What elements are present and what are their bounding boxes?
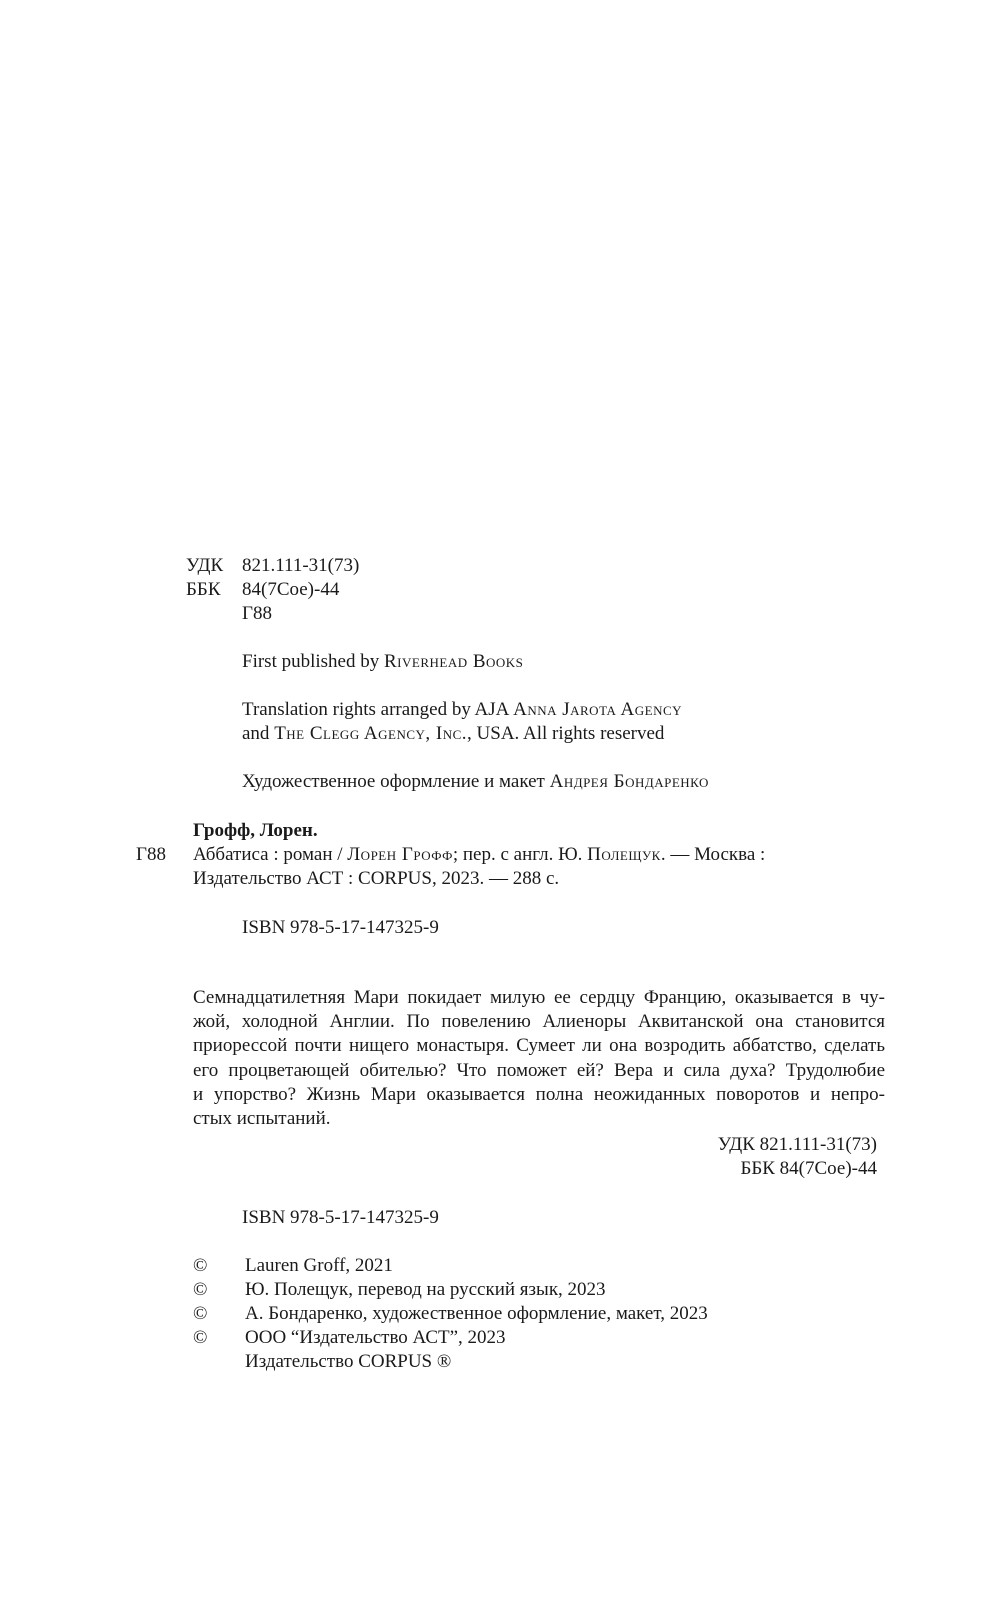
isbn-footer: ISBN 978-5-17-147325-9 <box>242 1206 439 1230</box>
annotation-line: Семнадцатилетняя Мари покидает милую ее … <box>193 986 885 1010</box>
first-published-prefix: First published by <box>242 651 384 672</box>
translation-prefix: Translation rights arranged by AJA <box>242 699 513 720</box>
copyright-text: Lauren Groff, 2021 <box>245 1255 393 1276</box>
design-credit-line: Художественное оформление и макет Андрея… <box>242 770 709 794</box>
isbn-entry: ISBN 978-5-17-147325-9 <box>242 916 439 940</box>
annotation-bbk: ББК 84(7Сое)-44 <box>718 1157 877 1181</box>
author-mark-entry: Г88 <box>136 843 166 867</box>
copyright-text: Издательство CORPUS ® <box>245 1351 451 1372</box>
rights-reserved: , USA. All rights reserved <box>467 723 664 744</box>
book-title: Аббатиса : роман / <box>193 844 347 865</box>
author-heading: Грофф, Лорен. <box>193 819 318 843</box>
udk-line: УДК821.111-31(73) <box>186 554 359 578</box>
copyright-row: ©А. Бондаренко, художественное оформлени… <box>193 1302 708 1326</box>
author-mark-top: Г88 <box>242 602 272 626</box>
annotation-line: его процветающей обителью? Что поможет е… <box>193 1059 885 1083</box>
translation-rights-line-2: and The Clegg Agency, Inc., USA. All rig… <box>242 722 664 746</box>
author-name: Лорен Грофф <box>347 844 453 865</box>
annotation-line: стых испытаний. <box>193 1107 885 1131</box>
annotation-line: и упорство? Жизнь Мари оказывается полна… <box>193 1083 885 1107</box>
designer-name: Андрея Бондаренко <box>550 771 709 792</box>
copyright-symbol: © <box>193 1278 245 1302</box>
copyright-page: УДК821.111-31(73) ББК84(7Сое)-44 Г88 Fir… <box>0 0 1000 1616</box>
agency-name-1: Anna Jarota Agency <box>513 699 682 720</box>
copyright-row: ©Lauren Groff, 2021 <box>193 1254 393 1278</box>
bib-entry-line-1: Аббатиса : роман / Лорен Грофф; пер. с а… <box>193 843 765 867</box>
translation-note: ; пер. с англ. Ю. <box>453 844 587 865</box>
annotation-line: жой, холодной Англии. По повелению Алиен… <box>193 1010 885 1034</box>
agency-name-2: The Clegg Agency, Inc. <box>274 723 467 744</box>
copyright-row: ©ООО “Издательство АСТ”, 2023 <box>193 1326 506 1350</box>
design-credit-prefix: Художественное оформление и макет <box>242 771 550 792</box>
bbk-label: ББК <box>186 578 242 602</box>
copyright-symbol: © <box>193 1254 245 1278</box>
copyright-row: ©Ю. Полещук, перевод на русский язык, 20… <box>193 1278 606 1302</box>
bbk-line: ББК84(7Сое)-44 <box>186 578 339 602</box>
udk-label: УДК <box>186 554 242 578</box>
udk-value: 821.111-31(73) <box>242 555 359 576</box>
city: . — Москва : <box>661 844 766 865</box>
annotation-line: приорессой почти нищего монастыря. Сумее… <box>193 1034 885 1058</box>
translation-and: and <box>242 723 274 744</box>
copyright-text: Ю. Полещук, перевод на русский язык, 202… <box>245 1279 606 1300</box>
copyright-text: ООО “Издательство АСТ”, 2023 <box>245 1327 506 1348</box>
copyright-symbol: © <box>193 1326 245 1350</box>
annotation-codes: УДК 821.111-31(73) ББК 84(7Сое)-44 <box>718 1133 877 1181</box>
bib-entry-line-2: Издательство АСТ : CORPUS, 2023. — 288 с… <box>193 867 559 891</box>
translation-rights-line-1: Translation rights arranged by AJA Anna … <box>242 698 682 722</box>
annotation: Семнадцатилетняя Мари покидает милую ее … <box>193 986 885 1131</box>
copyright-text: А. Бондаренко, художественное оформление… <box>245 1303 708 1324</box>
translator-name: Полещук <box>587 844 661 865</box>
annotation-udk: УДК 821.111-31(73) <box>718 1133 877 1157</box>
copyright-symbol: © <box>193 1302 245 1326</box>
first-published-line: First published by Riverhead Books <box>242 650 523 674</box>
publisher-name: Riverhead Books <box>384 651 523 672</box>
copyright-row: Издательство CORPUS ® <box>193 1350 451 1374</box>
bbk-value: 84(7Сое)-44 <box>242 579 339 600</box>
